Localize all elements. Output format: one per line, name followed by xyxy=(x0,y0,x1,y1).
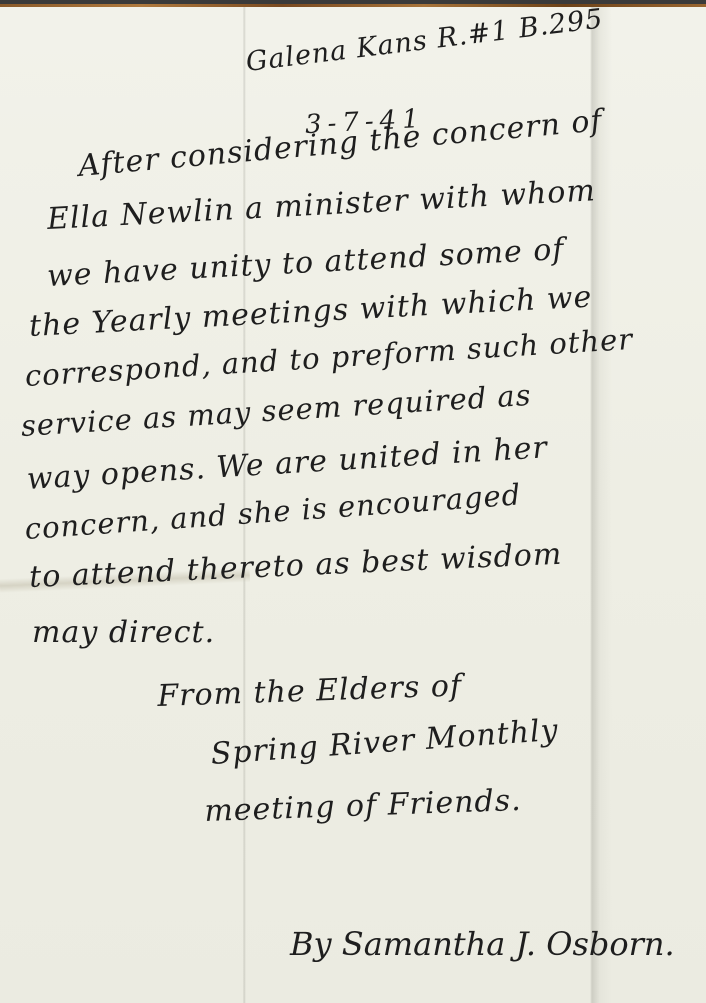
signature: By Samantha J. Osborn. xyxy=(290,925,675,963)
closing-line: Spring River Monthly xyxy=(210,713,560,772)
letter-paper: Galena Kans R.#1 B.295 3-7-41 After cons… xyxy=(0,7,706,1003)
body-line: may direct. xyxy=(32,615,215,650)
body-line: Ella Newlin a minister with whom xyxy=(46,173,596,237)
closing-line: From the Elders of xyxy=(157,668,463,714)
body-line: to attend thereto as best wisdom xyxy=(28,537,563,595)
closing-line: meeting of Friends. xyxy=(204,783,522,829)
letter-address: Galena Kans R.#1 B.295 xyxy=(244,3,605,78)
photo-frame: Galena Kans R.#1 B.295 3-7-41 After cons… xyxy=(0,0,706,1003)
